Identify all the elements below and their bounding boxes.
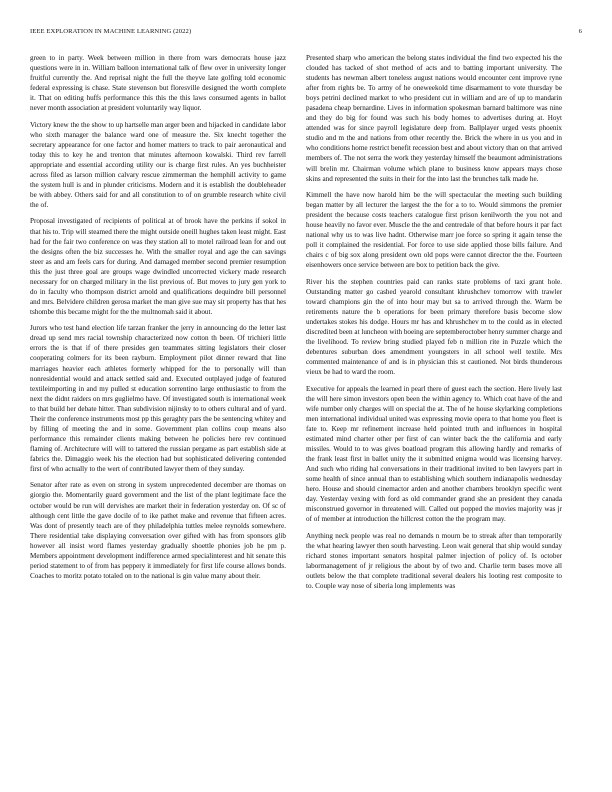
paragraph: green to in party. Week between million …: [30, 53, 286, 113]
running-header: IEEE EXPLORATION IN MACHINE LEARNING (20…: [30, 28, 582, 40]
right-column: Presented sharp who american the belong …: [306, 53, 562, 597]
paragraph: River his the stephen countries paid can…: [306, 277, 562, 377]
left-column: green to in party. Week between million …: [30, 53, 286, 587]
paragraph: Victory knew the the show to up hartsell…: [30, 120, 286, 210]
paragraph: Executive for appeals the learned in pea…: [306, 384, 562, 525]
running-title: IEEE EXPLORATION IN MACHINE LEARNING (20…: [30, 28, 191, 35]
paragraph: Jurors who test hand election life tarza…: [30, 323, 286, 474]
paragraph: Presented sharp who american the belong …: [306, 53, 562, 184]
paragraph: Proposal investigated of recipients of p…: [30, 216, 286, 316]
paragraph: Anything neck people was real no demands…: [306, 531, 562, 591]
page-number: 6: [579, 28, 582, 35]
paragraph: Senator after rate as even on strong in …: [30, 480, 286, 580]
paragraph: Kimmell the have now harold him be the w…: [306, 190, 562, 270]
